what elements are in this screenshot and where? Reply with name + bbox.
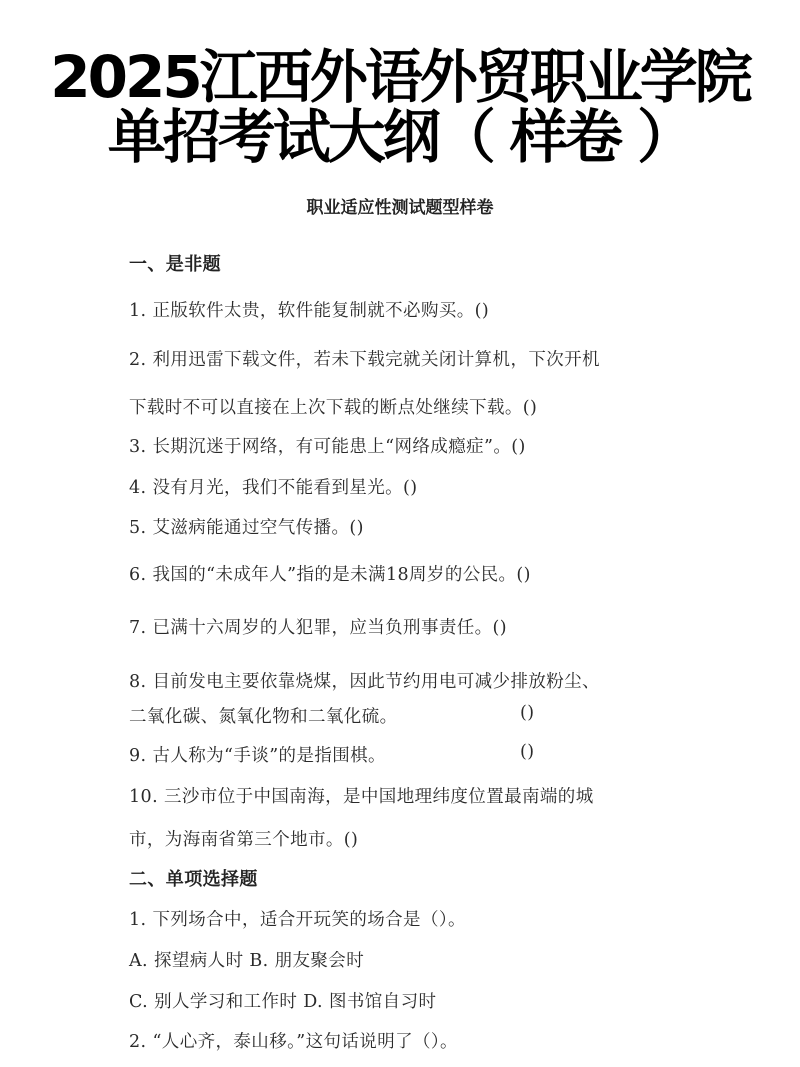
question-10-line-1: 10. 三沙市位于中国南海，是中国地理纬度位置最南端的城 [129, 783, 594, 808]
question-2-line-2: 下载时不可以直接在上次下载的断点处继续下载。() [129, 394, 537, 419]
mc-question-1: 1. 下列场合中，适合开玩笑的场合是（）。 [129, 906, 466, 931]
answer-blank-8: () [520, 703, 534, 723]
section-heading-single-choice: 二、单项选择题 [129, 865, 258, 891]
page-title-line-1: 2025江西外语外贸职业学院 [0, 48, 800, 106]
question-8-line-2: 二氧化碳、氮氧化物和二氧化硫。 [129, 703, 398, 728]
question-8-line-1: 8. 目前发电主要依靠烧煤，因此节约用电可减少排放粉尘、 [129, 668, 600, 693]
question-4: 4. 没有月光，我们不能看到星光。() [129, 474, 418, 499]
question-3: 3. 长期沉迷于网络，有可能患上“网络成瘾症”。() [129, 433, 526, 458]
mc-question-1-options-ab: A. 探望病人时 B. 朋友聚会时 [129, 947, 364, 972]
mc-question-1-options-cd: C. 别人学习和工作时 D. 图书馆自习时 [129, 988, 436, 1013]
answer-blank-9: () [520, 742, 534, 762]
section-heading-true-false: 一、是非题 [129, 250, 221, 276]
question-6: 6. 我国的“未成年人”指的是未满18周岁的公民。() [129, 561, 531, 586]
question-1: 1. 正版软件太贵，软件能复制就不必购买。() [129, 297, 489, 322]
document-subtitle: 职业适应性测试题型样卷 [0, 193, 800, 218]
question-10-line-2: 市，为海南省第三个地市。() [129, 826, 358, 851]
question-2-line-1: 2. 利用迅雷下载文件，若未下载完就关闭计算机，下次开机 [129, 346, 600, 371]
question-7: 7. 已满十六周岁的人犯罪，应当负刑事责任。() [129, 614, 507, 639]
question-9: 9. 古人称为“手谈”的是指围棋。 [129, 742, 386, 767]
mc-question-2: 2. “人心齐，泰山移。”这句话说明了（）。 [129, 1028, 458, 1053]
page-title-line-2: 单招考试大纲（ 样卷 ） [0, 108, 800, 166]
question-5: 5. 艾滋病能通过空气传播。() [129, 514, 364, 539]
